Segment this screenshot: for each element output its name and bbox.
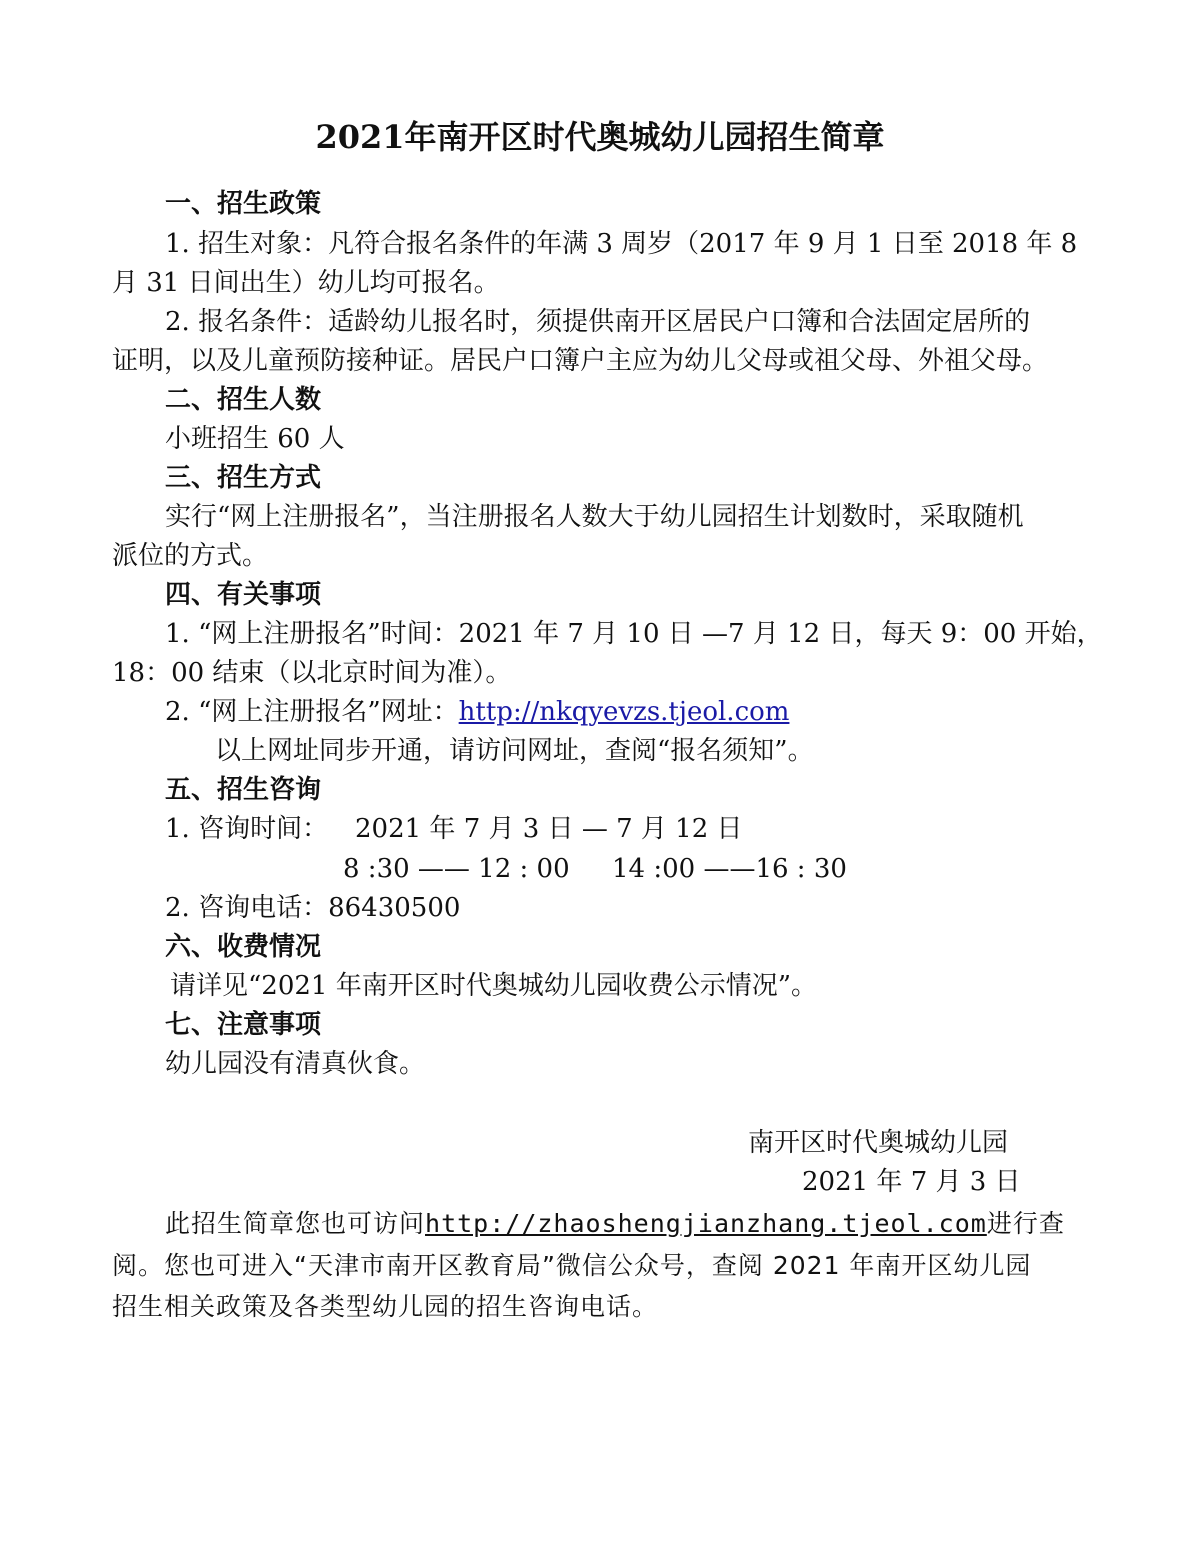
consult-time-label: 1. 咨询时间： [165, 810, 328, 848]
consult-phone: 2. 咨询电话：86430500 [165, 889, 460, 927]
registration-url-label: 2. “网上注册报名”网址： [165, 697, 459, 727]
signature-org: 南开区时代奥城幼儿园 [748, 1124, 1008, 1162]
signature-date: 2021 年 7 月 3 日 [802, 1163, 1021, 1201]
section-4-item-1-line-2: 18：00 结束（以北京时间为准）。 [112, 654, 511, 692]
section-1-item-1-line-2: 月 31 日间出生）幼儿均可报名。 [112, 264, 500, 302]
section-6-heading: 六、收费情况 [165, 928, 321, 966]
section-4-item-2-note: 以上网址同步开通，请访问网址，查阅“报名须知”。 [215, 732, 814, 770]
section-2-heading: 二、招生人数 [165, 381, 321, 419]
section-2-body: 小班招生 60 人 [165, 420, 345, 458]
consult-time-dates: 2021 年 7 月 3 日 — 7 月 12 日 [355, 810, 743, 848]
section-7-body: 幼儿园没有清真伙食。 [165, 1045, 425, 1083]
footer-line-1: 此招生简章您也可访问http://zhaoshengjianzhang.tjeo… [165, 1205, 1065, 1243]
section-4-item-2: 2. “网上注册报名”网址：http://nkqyevzs.tjeol.com [165, 693, 789, 731]
section-5-heading: 五、招生咨询 [165, 771, 321, 809]
section-1-item-2-line-2: 证明，以及儿童预防接种证。居民户口簿户主应为幼儿父母或祖父母、外祖父母。 [112, 342, 1048, 380]
section-7-heading: 七、注意事项 [165, 1006, 321, 1044]
section-3-line-1: 实行“网上注册报名”，当注册报名人数大于幼儿园招生计划数时，采取随机 [165, 498, 1024, 536]
section-4-item-1-line-1: 1. “网上注册报名”时间：2021 年 7 月 10 日 —7 月 12 日，… [165, 615, 1103, 653]
consult-hours-am: 8 :30 —— 12 : 00 [343, 850, 570, 888]
footer-line-2: 阅。您也可进入“天津市南开区教育局”微信公众号，查阅 2021 年南开区幼儿园 [112, 1247, 1031, 1285]
page-title: 2021年南开区时代奥城幼儿园招生简章 [0, 112, 1200, 158]
section-4-heading: 四、有关事项 [165, 576, 321, 614]
consult-phone-number: 86430500 [328, 893, 460, 923]
footer-suffix: 进行查 [987, 1209, 1065, 1238]
registration-url-link[interactable]: http://nkqyevzs.tjeol.com [459, 697, 790, 727]
section-3-line-2: 派位的方式。 [112, 537, 268, 575]
section-6-body: 请详见“2021 年南开区时代奥城幼儿园收费公示情况”。 [170, 967, 817, 1005]
brochure-url-link[interactable]: http://zhaoshengjianzhang.tjeol.com [425, 1209, 987, 1238]
document-page: 2021年南开区时代奥城幼儿园招生简章 一、招生政策 1. 招生对象：凡符合报名… [0, 0, 1200, 1552]
section-1-item-2-line-1: 2. 报名条件：适龄幼儿报名时，须提供南开区居民户口簿和合法固定居所的 [165, 303, 1030, 341]
section-1-item-1-line-1: 1. 招生对象：凡符合报名条件的年满 3 周岁（2017 年 9 月 1 日至 … [165, 225, 1077, 263]
consult-hours-pm: 14 :00 ——16 : 30 [612, 850, 847, 888]
footer-line-3: 招生相关政策及各类型幼儿园的招生咨询电话。 [112, 1288, 658, 1326]
footer-prefix: 此招生简章您也可访问 [165, 1209, 425, 1238]
section-1-heading: 一、招生政策 [165, 185, 321, 223]
section-3-heading: 三、招生方式 [165, 459, 321, 497]
consult-phone-label: 2. 咨询电话： [165, 893, 328, 923]
